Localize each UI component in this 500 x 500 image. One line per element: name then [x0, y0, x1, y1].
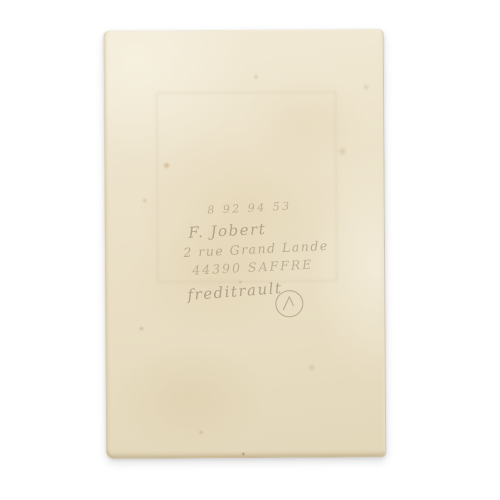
handwritten-name: F. Jobert: [188, 220, 267, 242]
handwriting-block: 8 92 94 53 F. Jobert 2 rue Grand Lande 4…: [95, 23, 395, 463]
handwritten-signature: freditrault: [187, 279, 283, 304]
product-photo-stage: 8 92 94 53 F. Jobert 2 rue Grand Lande 4…: [0, 0, 500, 500]
pencil-circle-doodle: [271, 286, 307, 322]
photo-card-back: 8 92 94 53 F. Jobert 2 rue Grand Lande 4…: [104, 29, 387, 459]
handwritten-postal-city: 44390 SAFFRE: [192, 257, 314, 278]
handwritten-phone-number: 8 92 94 53: [207, 200, 292, 217]
